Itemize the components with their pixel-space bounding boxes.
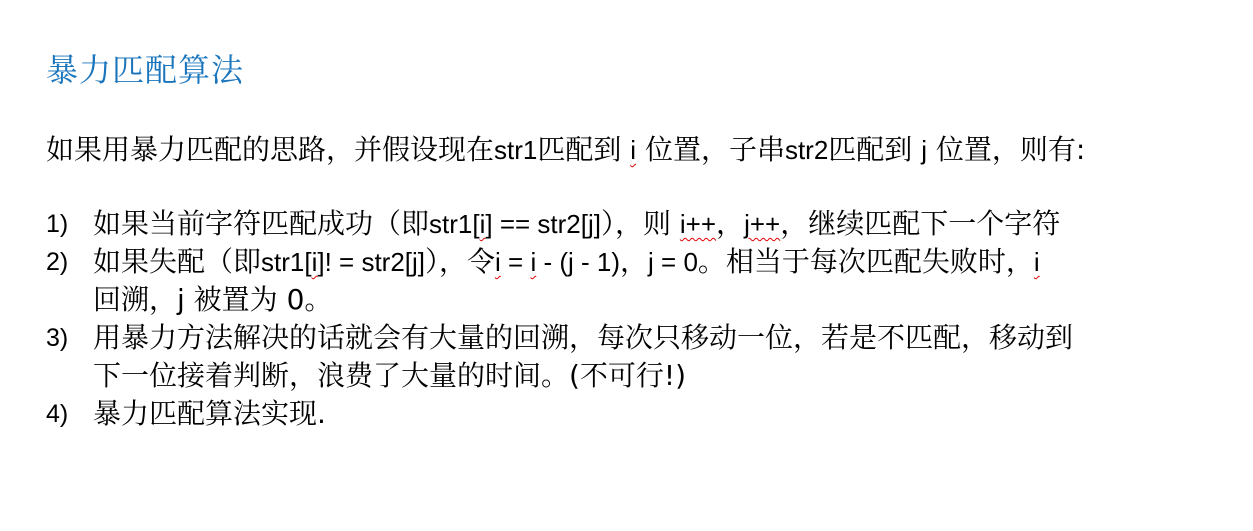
intro-text: 匹配到 [828,133,921,166]
list-item-1: 1) 如果当前字符匹配成功（即str1[i] == str2[j]），则 i++… [46,205,1216,243]
list-text: ），令 [425,245,495,278]
intro-str1: str1 [494,135,537,165]
list-line: 暴力匹配算法实现. [93,395,1216,433]
intro-str2: str2 [785,135,828,165]
intro-text: 位置，则有: [927,133,1085,166]
list-line: 用暴力方法解决的话就会有大量的回溯，每次只移动一位，若是不匹配，移动到 [93,319,1216,357]
code-text: str1[ [429,209,480,239]
list-line: 下一位接着判断，浪费了大量的时间。(不可行!) [93,357,1216,395]
list-text: ），则 [601,207,680,240]
list-line: 如果失配（即str1[i]! = str2[j]），令i = i - (j - … [93,243,1216,281]
code-text: ] == str2[j] [485,209,601,239]
list-item-4: 4) 暴力匹配算法实现. [46,395,1216,433]
list-text: 如果当前字符匹配成功（即 [93,207,429,240]
code-j-increment: j++ [744,209,780,239]
list-item-3: 3) 用暴力方法解决的话就会有大量的回溯，每次只移动一位，若是不匹配，移动到 下… [46,319,1216,395]
list-text: 。相当于每次匹配失败时， [698,245,1034,278]
code-text: = [501,247,531,277]
list-line: 回溯，j 被置为 0。 [93,281,1216,319]
list-line: 如果当前字符匹配成功（即str1[i] == str2[j]），则 i++，j+… [93,205,1216,243]
code-text: j = 0 [648,247,698,277]
code-i-increment: i++ [680,209,716,239]
code-text: str1[ [261,247,312,277]
list-number: 2) [46,243,68,281]
steps-list: 1) 如果当前字符匹配成功（即str1[i] == str2[j]），则 i++… [46,205,1216,433]
list-number: 4) [46,395,68,433]
list-text: ， [620,245,648,278]
intro-text: 如果用暴力匹配的思路，并假设现在 [46,133,494,166]
list-number: 1) [46,205,68,243]
intro-text: 匹配到 [537,133,630,166]
list-text: ， [716,207,744,240]
list-item-2: 2) 如果失配（即str1[i]! = str2[j]），令i = i - (j… [46,243,1216,319]
code-var-i: i [1034,247,1040,277]
intro-paragraph: 如果用暴力匹配的思路，并假设现在str1匹配到 i 位置，子串str2匹配到 j… [46,130,1085,170]
intro-text: 位置，子串 [636,133,785,166]
code-text: ]! = str2[j] [317,247,425,277]
list-text: ，继续匹配下一个字符 [780,207,1060,240]
list-text: 如果失配（即 [93,245,261,278]
page-title: 暴力匹配算法 [46,50,244,90]
list-number: 3) [46,319,68,357]
code-text: - (j - 1) [536,247,620,277]
